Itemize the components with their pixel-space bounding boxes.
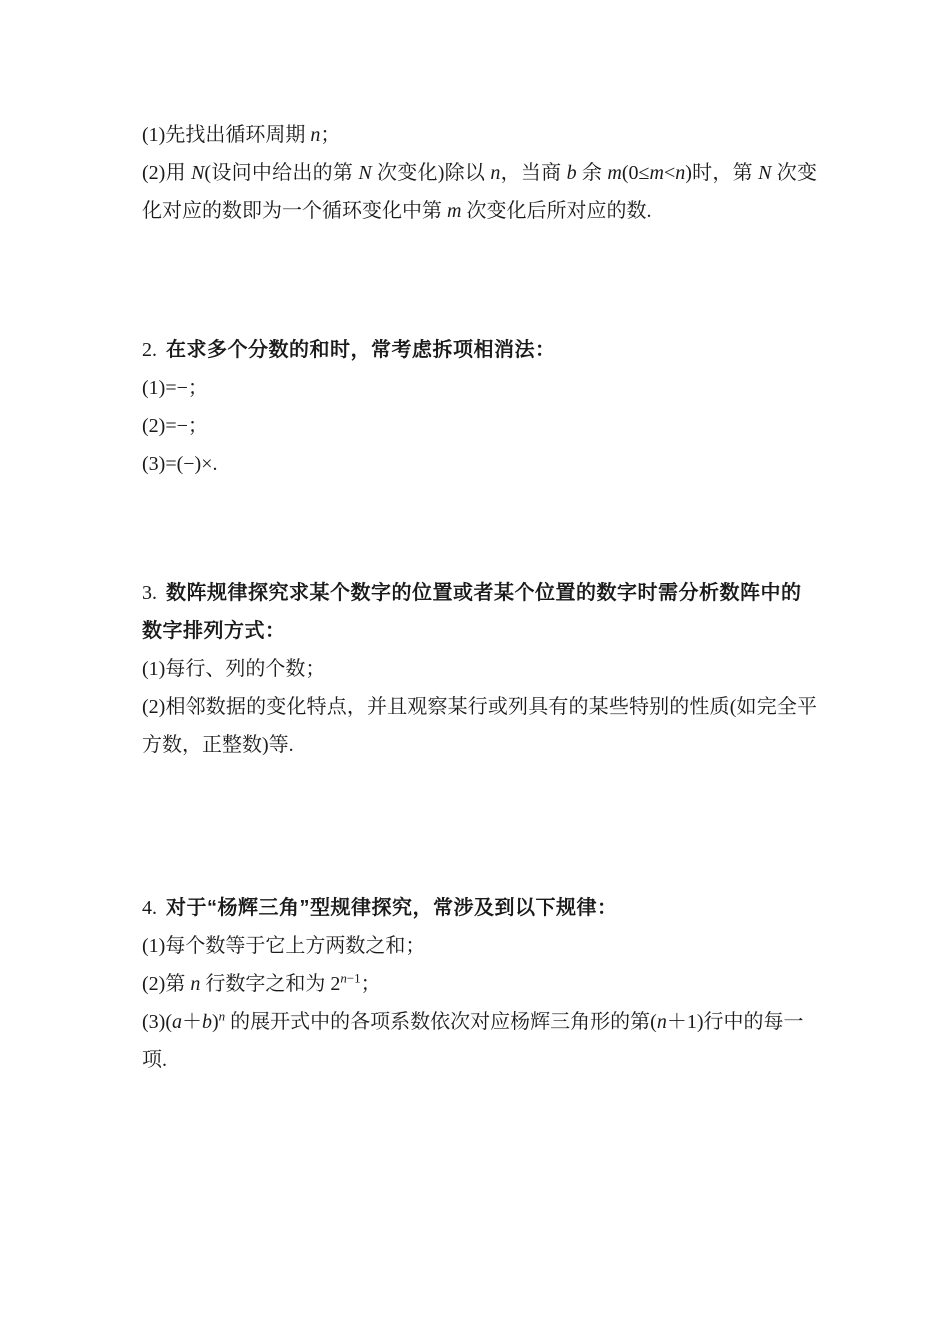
list-item-4-1: (1)每个数等于它上方两数之和；: [142, 927, 817, 965]
list-item-2-3: (3)=(−)×.: [142, 445, 817, 483]
list-item-2-2: (2)=−；: [142, 407, 817, 445]
section-heading-text: 对于“杨辉三角”型规律探究，常涉及到以下规律：: [166, 897, 618, 919]
list-item-3-2: (2)相邻数据的变化特点，并且观察某行或列具有的某些特别的性质(如完全平方数，正…: [142, 688, 817, 764]
section-number: 3.: [142, 582, 157, 604]
section-heading-text: 数阵规律探究求某个数字的位置或者某个位置的数字时需分析数阵中的数字排列方式：: [142, 582, 802, 642]
section-fraction-telescoping: 2.在求多个分数的和时，常考虑拆项相消法： (1)=−； (2)=−； (3)=…: [142, 331, 817, 483]
section-heading: 4.对于“杨辉三角”型规律探究，常涉及到以下规律：: [142, 889, 817, 927]
section-number: 2.: [142, 339, 157, 361]
list-item-2-1: (1)=−；: [142, 369, 817, 407]
page-content: (1)先找出循环周期 n； (2)用 N(设问中给出的第 N 次变化)除以 n，…: [0, 0, 950, 1079]
section-number-matrix-pattern: 3.数阵规律探究求某个数字的位置或者某个位置的数字时需分析数阵中的数字排列方式：…: [142, 574, 817, 764]
section-heading: 2.在求多个分数的和时，常考虑拆项相消法：: [142, 331, 817, 369]
document-page: (1)先找出循环周期 n； (2)用 N(设问中给出的第 N 次变化)除以 n，…: [0, 0, 950, 1344]
section-heading: 3.数阵规律探究求某个数字的位置或者某个位置的数字时需分析数阵中的数字排列方式：: [142, 574, 817, 650]
list-item-4-2: (2)第 n 行数字之和为 2n−1；: [142, 965, 817, 1003]
list-item-1-2: (2)用 N(设问中给出的第 N 次变化)除以 n，当商 b 余 m(0≤m<n…: [142, 154, 817, 230]
section-heading-text: 在求多个分数的和时，常考虑拆项相消法：: [166, 339, 556, 361]
section-yanghui-triangle: 4.对于“杨辉三角”型规律探究，常涉及到以下规律： (1)每个数等于它上方两数之…: [142, 889, 817, 1079]
list-item-4-3: (3)(a＋b)n 的展开式中的各项系数依次对应杨辉三角形的第(n＋1)行中的每…: [142, 1003, 817, 1079]
list-item-1-1: (1)先找出循环周期 n；: [142, 116, 817, 154]
section-cycle-period-rule: (1)先找出循环周期 n； (2)用 N(设问中给出的第 N 次变化)除以 n，…: [142, 116, 817, 230]
section-number: 4.: [142, 897, 157, 919]
list-item-3-1: (1)每行、列的个数；: [142, 650, 817, 688]
